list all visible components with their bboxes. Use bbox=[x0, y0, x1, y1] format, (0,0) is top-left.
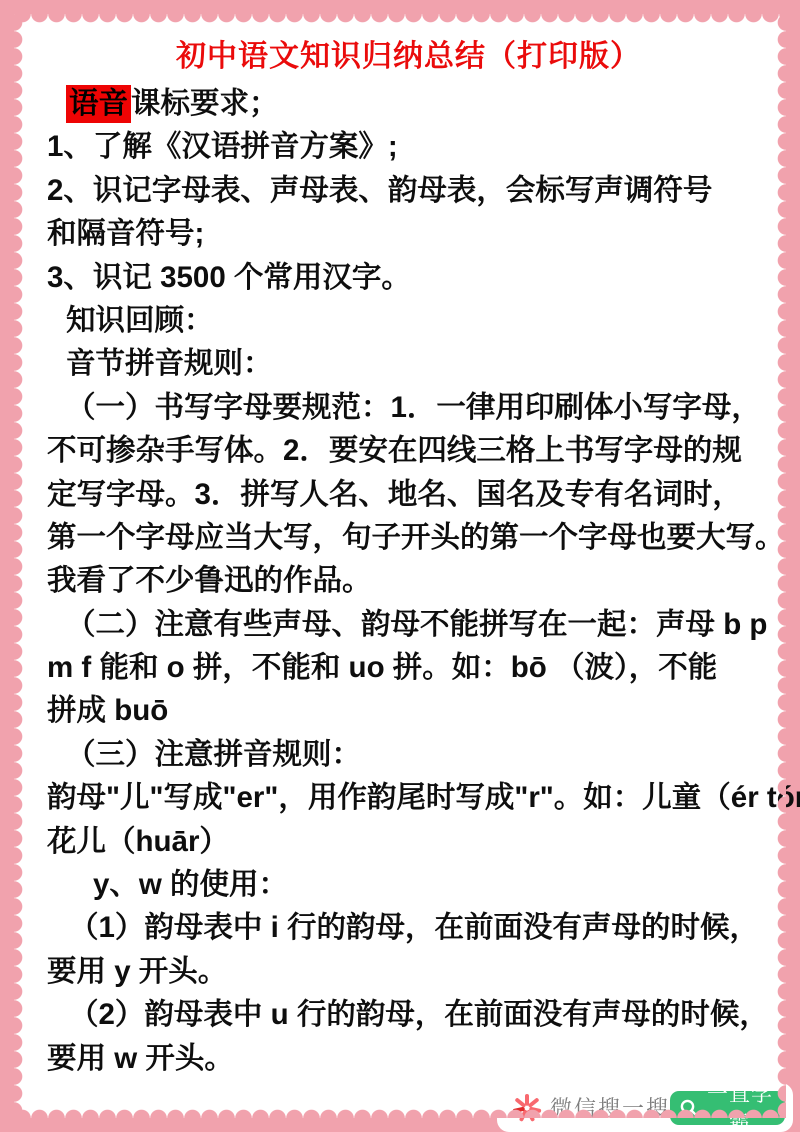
page-title: 初中语文知识归纳总结（打印版） bbox=[47, 36, 770, 78]
document-content: 初中语文知识归纳总结（打印版） 语音课标要求；1、了解《汉语拼音方案》;2、识记… bbox=[14, 14, 786, 1118]
search-button[interactable]: 一直学霸 bbox=[670, 1091, 785, 1125]
text-line: 我看了不少鲁迅的作品。 bbox=[47, 559, 770, 602]
watermark-pill: 微信搜一搜 一直学霸 bbox=[497, 1083, 793, 1132]
text-line: 不可掺杂手写体。2．要安在四线三格上书写字母的规 bbox=[47, 429, 770, 472]
text-line: m f 能和 o 拼，不能和 uo 拼。如：bō （波），不能 bbox=[47, 646, 770, 689]
text-line: 2、识记字母表、声母表、韵母表，会标写声调符号 bbox=[47, 169, 770, 212]
text-line: 要用 y 开头。 bbox=[47, 950, 770, 993]
text-line: 和隔音符号; bbox=[47, 212, 770, 255]
text-line: 语音课标要求； bbox=[47, 82, 770, 125]
text-line: 1、了解《汉语拼音方案》; bbox=[47, 125, 770, 168]
magnifier-icon bbox=[678, 1097, 700, 1119]
text-line: 3、识记 3500 个常用汉字。 bbox=[47, 256, 770, 299]
text-line: 音节拼音规则： bbox=[47, 342, 770, 385]
text-line: 韵母"儿"写成"er"，用作韵尾时写成"r"。如：儿童（ér tóng）， bbox=[47, 776, 770, 819]
page-frame: 初中语文知识归纳总结（打印版） 语音课标要求；1、了解《汉语拼音方案》;2、识记… bbox=[0, 0, 800, 1132]
text-line: （1）韵母表中 i 行的韵母，在前面没有声母的时候， bbox=[47, 906, 770, 949]
text-line: 第一个字母应当大写，句子开头的第一个字母也要大写。 bbox=[47, 516, 770, 559]
wechat-search-spark-icon bbox=[512, 1093, 542, 1123]
text-line: 定写字母。3．拼写人名、地名、国名及专有名词时， bbox=[47, 473, 770, 516]
text-line: （2）韵母表中 u 行的韵母，在前面没有声母的时候， bbox=[47, 993, 770, 1036]
text-line: （二）注意有些声母、韵母不能拼写在一起：声母 b p bbox=[47, 603, 770, 646]
text-line: 拼成 buō bbox=[47, 689, 770, 732]
search-button-label: 一直学霸 bbox=[706, 1078, 774, 1132]
text-line: （一）书写字母要规范：1．一律用印刷体小写字母， bbox=[47, 386, 770, 429]
text-line: 要用 w 开头。 bbox=[47, 1037, 770, 1080]
document-paper: 初中语文知识归纳总结（打印版） 语音课标要求；1、了解《汉语拼音方案》;2、识记… bbox=[14, 14, 786, 1118]
text-line: （三）注意拼音规则： bbox=[47, 733, 770, 776]
text-lines: 语音课标要求；1、了解《汉语拼音方案》;2、识记字母表、声母表、韵母表，会标写声… bbox=[47, 82, 770, 1080]
text-line: 花儿（huār） bbox=[47, 820, 770, 863]
text-line: 知识回顾： bbox=[47, 299, 770, 342]
keyword-highlight: 语音 bbox=[66, 85, 131, 123]
text-line: y、w 的使用： bbox=[47, 863, 770, 906]
wechat-search-label: 微信搜一搜 bbox=[550, 1092, 670, 1123]
